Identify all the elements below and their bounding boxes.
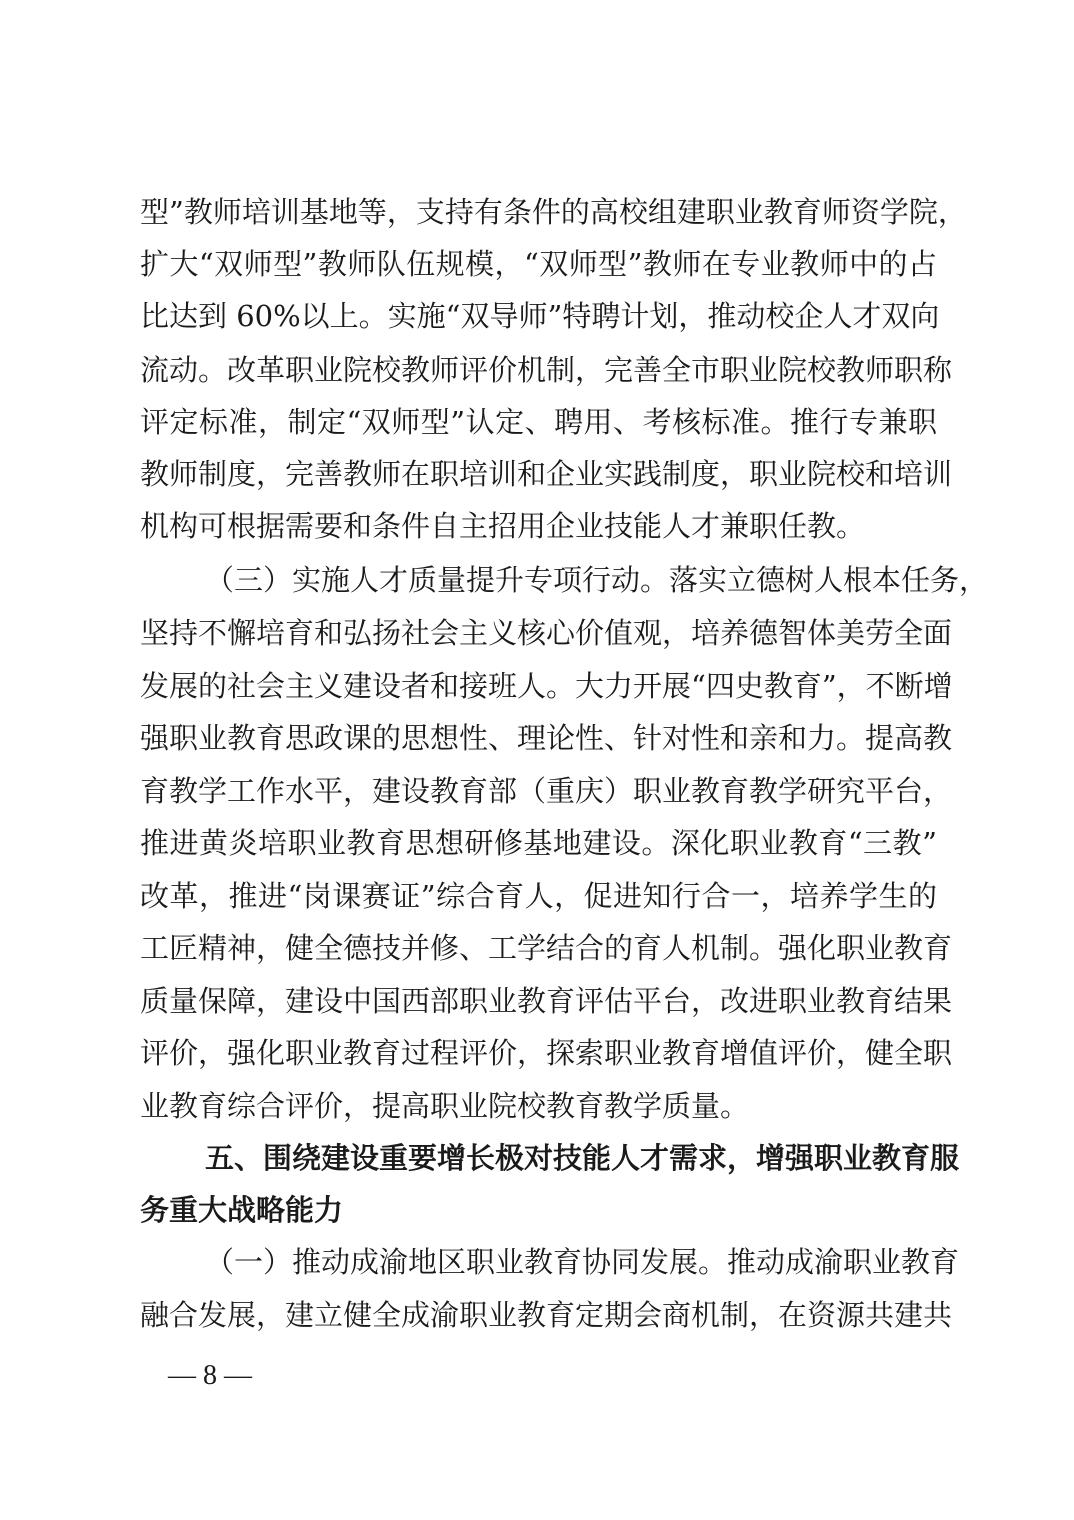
text-line: 推进黄炎培职业教育思想研修基地建设。深化职业教育“三教” xyxy=(140,823,937,863)
subsection-heading-line: （三）实施人才质量提升专项行动。落实立德树人根本任务， xyxy=(205,560,937,600)
text-line: 融合发展，建立健全成渝职业教育定期会商机制，在资源共建共 xyxy=(140,1295,937,1335)
document-page: 型”教师培训基地等，支持有条件的高校组建职业教育师资学院， 扩大“双师型”教师队… xyxy=(0,0,1074,1520)
text-line: 发展的社会主义建设者和接班人。大力开展“四史教育”，不断增 xyxy=(140,666,937,706)
text-line: 改革，推进“岗课赛证”综合育人，促进知行合一，培养学生的 xyxy=(140,876,937,916)
text-line: 评价，强化职业教育过程评价，探索职业教育增值评价，健全职 xyxy=(140,1033,937,1073)
text-line: 工匠精神，健全德技并修、工学结合的育人机制。强化职业教育 xyxy=(140,928,937,968)
page-number: — 8 — xyxy=(168,1360,252,1392)
text-line: 坚持不懈培育和弘扬社会主义核心价值观，培养德智体美劳全面 xyxy=(140,613,937,653)
text-line: 流动。改革职业院校教师评价机制，完善全市职业院校教师职称 xyxy=(140,350,937,390)
text-line: 育教学工作水平，建设教育部（重庆）职业教育教学研究平台， xyxy=(140,771,937,811)
subsection-heading-line: （一）推动成渝地区职业教育协同发展。推动成渝职业教育 xyxy=(205,1242,937,1282)
text-line: 业教育综合评价，提高职业院校教育教学质量。 xyxy=(140,1086,937,1126)
text-line: 型”教师培训基地等，支持有条件的高校组建职业教育师资学院， xyxy=(140,192,937,232)
section-heading: 五、围绕建设重要增长极对技能人才需求，增强职业教育服 xyxy=(205,1138,937,1178)
text-line: 扩大“双师型”教师队伍规模，“双师型”教师在专业教师中的占 xyxy=(140,244,937,284)
text-line: 机构可根据需要和条件自主招用企业技能人才兼职任教。 xyxy=(140,506,937,546)
text-line: 质量保障，建设中国西部职业教育评估平台，改进职业教育结果 xyxy=(140,981,937,1021)
text-line: 强职业教育思政课的思想性、理论性、针对性和亲和力。提高教 xyxy=(140,718,937,758)
section-heading: 务重大战略能力 xyxy=(140,1190,937,1230)
text-line: 比达到 60%以上。实施“双导师”特聘计划，推动校企人才双向 xyxy=(140,296,937,336)
text-line: 评定标准，制定“双师型”认定、聘用、考核标准。推行专兼职 xyxy=(140,402,937,442)
text-line: 教师制度，完善教师在职培训和企业实践制度，职业院校和培训 xyxy=(140,454,937,494)
